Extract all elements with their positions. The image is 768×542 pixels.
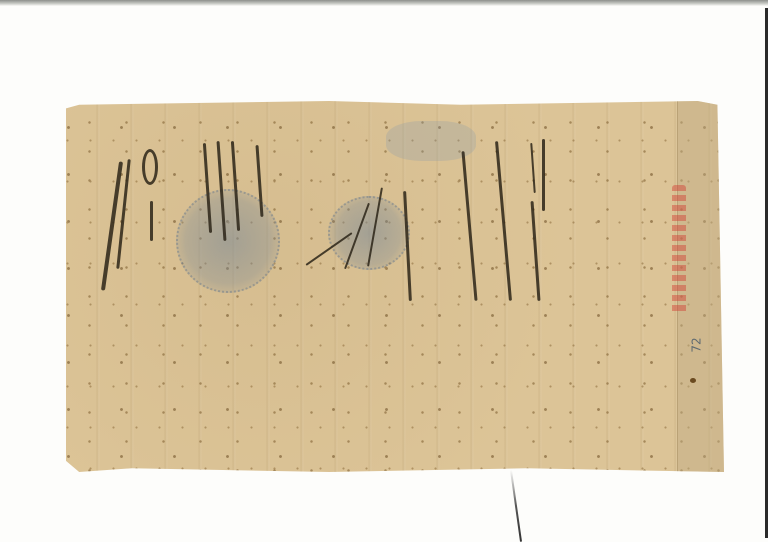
red-ink-annotation [672, 185, 686, 315]
ink-spot [690, 378, 696, 383]
paper-foxing [66, 101, 724, 472]
scanner-top-edge [0, 0, 768, 6]
large-round-seal [176, 189, 280, 293]
folio-number: 72 [690, 337, 704, 352]
manuscript-page [66, 101, 724, 472]
